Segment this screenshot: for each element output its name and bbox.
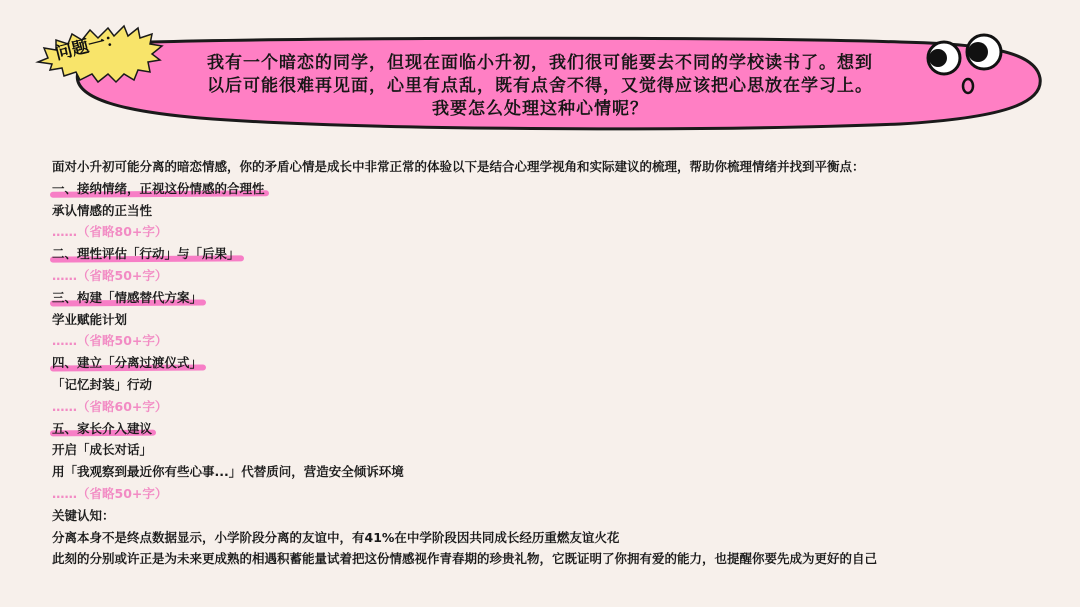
answer-content: 面对小升初可能分离的暗恋情感，你的矛盾心情是成长中非常正常的体验以下是结合心理学… bbox=[52, 156, 1052, 570]
section-line: 用「我观察到最近你有些心事...」代替质问，营造安全倾诉环境 bbox=[52, 461, 1052, 483]
omitted-note: ……（省略50+字） bbox=[52, 483, 1052, 505]
question-line: 我要怎么处理这种心情呢？ bbox=[160, 98, 920, 121]
answer-intro: 面对小升初可能分离的暗恋情感，你的矛盾心情是成长中非常正常的体验以下是结合心理学… bbox=[52, 156, 1052, 178]
key-insight-label: 关键认知： bbox=[52, 505, 1052, 527]
section-heading: 一、接纳情绪，正视这份情感的合理性 bbox=[52, 178, 265, 200]
question-line: 我有一个暗恋的同学，但现在面临小升初，我们很可能要去不同的学校读书了。想到 bbox=[160, 52, 920, 75]
section-heading: 三、构建「情感替代方案」 bbox=[52, 287, 202, 309]
omitted-note: ……（省略50+字） bbox=[52, 265, 1052, 287]
question-line: 以后可能很难再见面，心里有点乱，既有点舍不得，又觉得应该把心思放在学习上。 bbox=[160, 75, 920, 98]
section-line: 「记忆封装」行动 bbox=[52, 374, 1052, 396]
omitted-note: ……（省略50+字） bbox=[52, 330, 1052, 352]
section-line: 开启「成长对话」 bbox=[52, 439, 1052, 461]
question-text: 我有一个暗恋的同学，但现在面临小升初，我们很可能要去不同的学校读书了。想到 以后… bbox=[160, 52, 920, 121]
omitted-note: ……（省略60+字） bbox=[52, 396, 1052, 418]
section-heading: 五、家长介入建议 bbox=[52, 418, 152, 440]
section-heading: 四、建立「分离过渡仪式」 bbox=[52, 352, 202, 374]
omitted-note: ……（省略80+字） bbox=[52, 221, 1052, 243]
section-line: 承认情感的正当性 bbox=[52, 200, 1052, 222]
question-banner: 问题一： 我有一个暗恋的同学，但现在面临小升初，我们很可能要去不同的学校读书了。… bbox=[0, 0, 1080, 150]
key-insight-line: 分离本身不是终点数据显示，小学阶段分离的友谊中，有41%在中学阶段因共同成长经历… bbox=[52, 527, 1052, 549]
key-insight-line: 此刻的分别或许正是为未来更成熟的相遇积蓄能量试着把这份情感视作青春期的珍贵礼物，… bbox=[52, 548, 1052, 570]
section-heading: 二、理性评估「行动」与「后果」 bbox=[52, 243, 240, 265]
section-line: 学业赋能计划 bbox=[52, 309, 1052, 331]
